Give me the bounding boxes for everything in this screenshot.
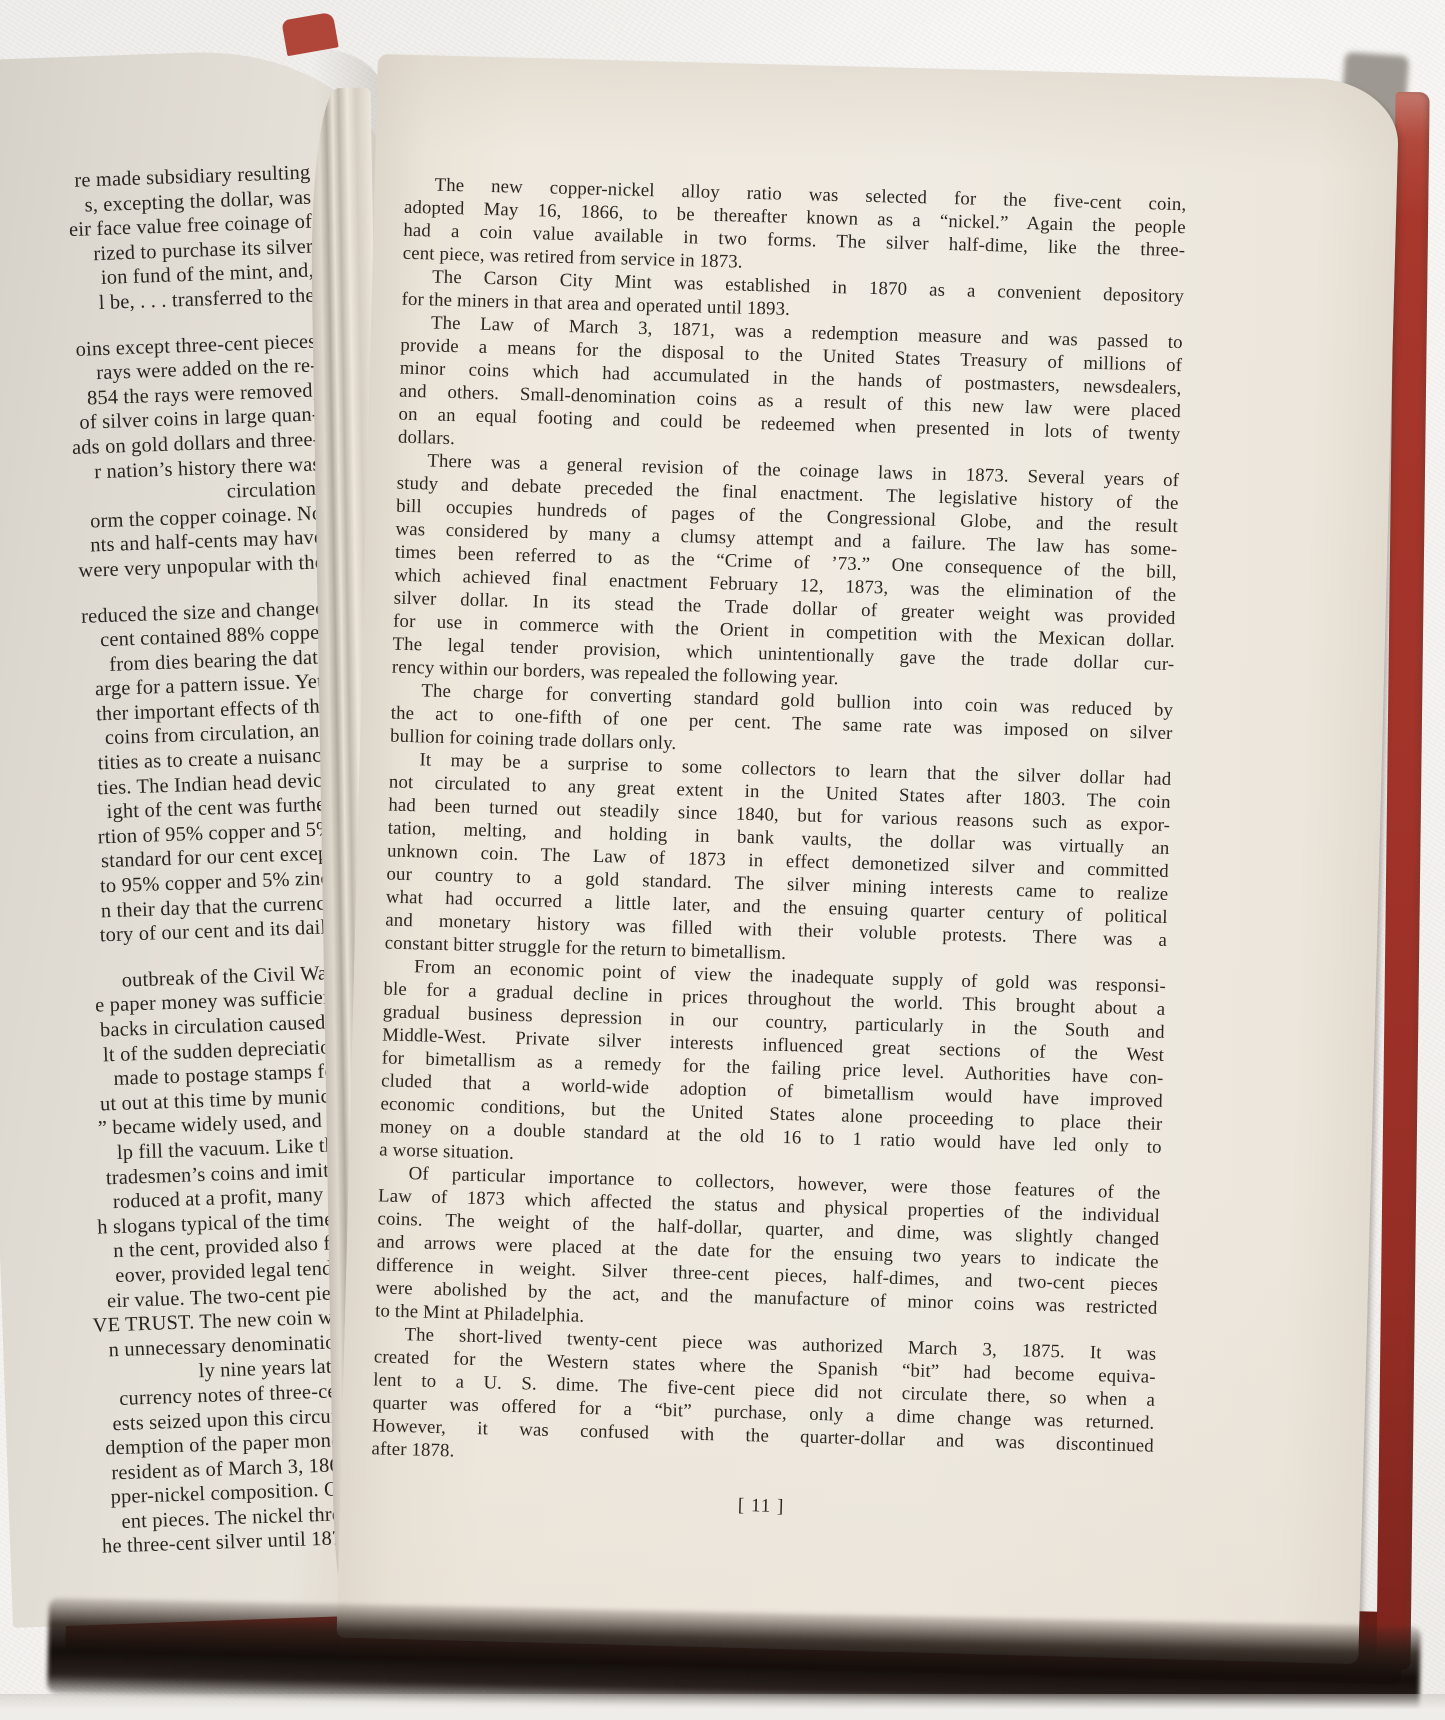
fabric-background-bottom <box>0 1694 1445 1720</box>
right-page-text: The new copper-nickel alloy ratio was se… <box>370 173 1187 1528</box>
paragraph: It may be a surprise to some collectors … <box>384 748 1171 975</box>
paragraph: The Law of March 3, 1871, was a redempti… <box>398 311 1183 469</box>
paragraph: The short-lived twenty-cent piece was au… <box>371 1322 1156 1480</box>
right-page: The new copper-nickel alloy ratio was se… <box>337 54 1400 1664</box>
paragraph: Of particular importance to collectors, … <box>375 1161 1161 1342</box>
page-number: [ 11 ] <box>370 1484 1152 1527</box>
book-photo: re made subsidiary resultings, excepting… <box>0 0 1445 1720</box>
paragraph: From an economic point of view the inade… <box>379 954 1166 1181</box>
paragraph: There was a general revision of the coin… <box>392 449 1180 699</box>
